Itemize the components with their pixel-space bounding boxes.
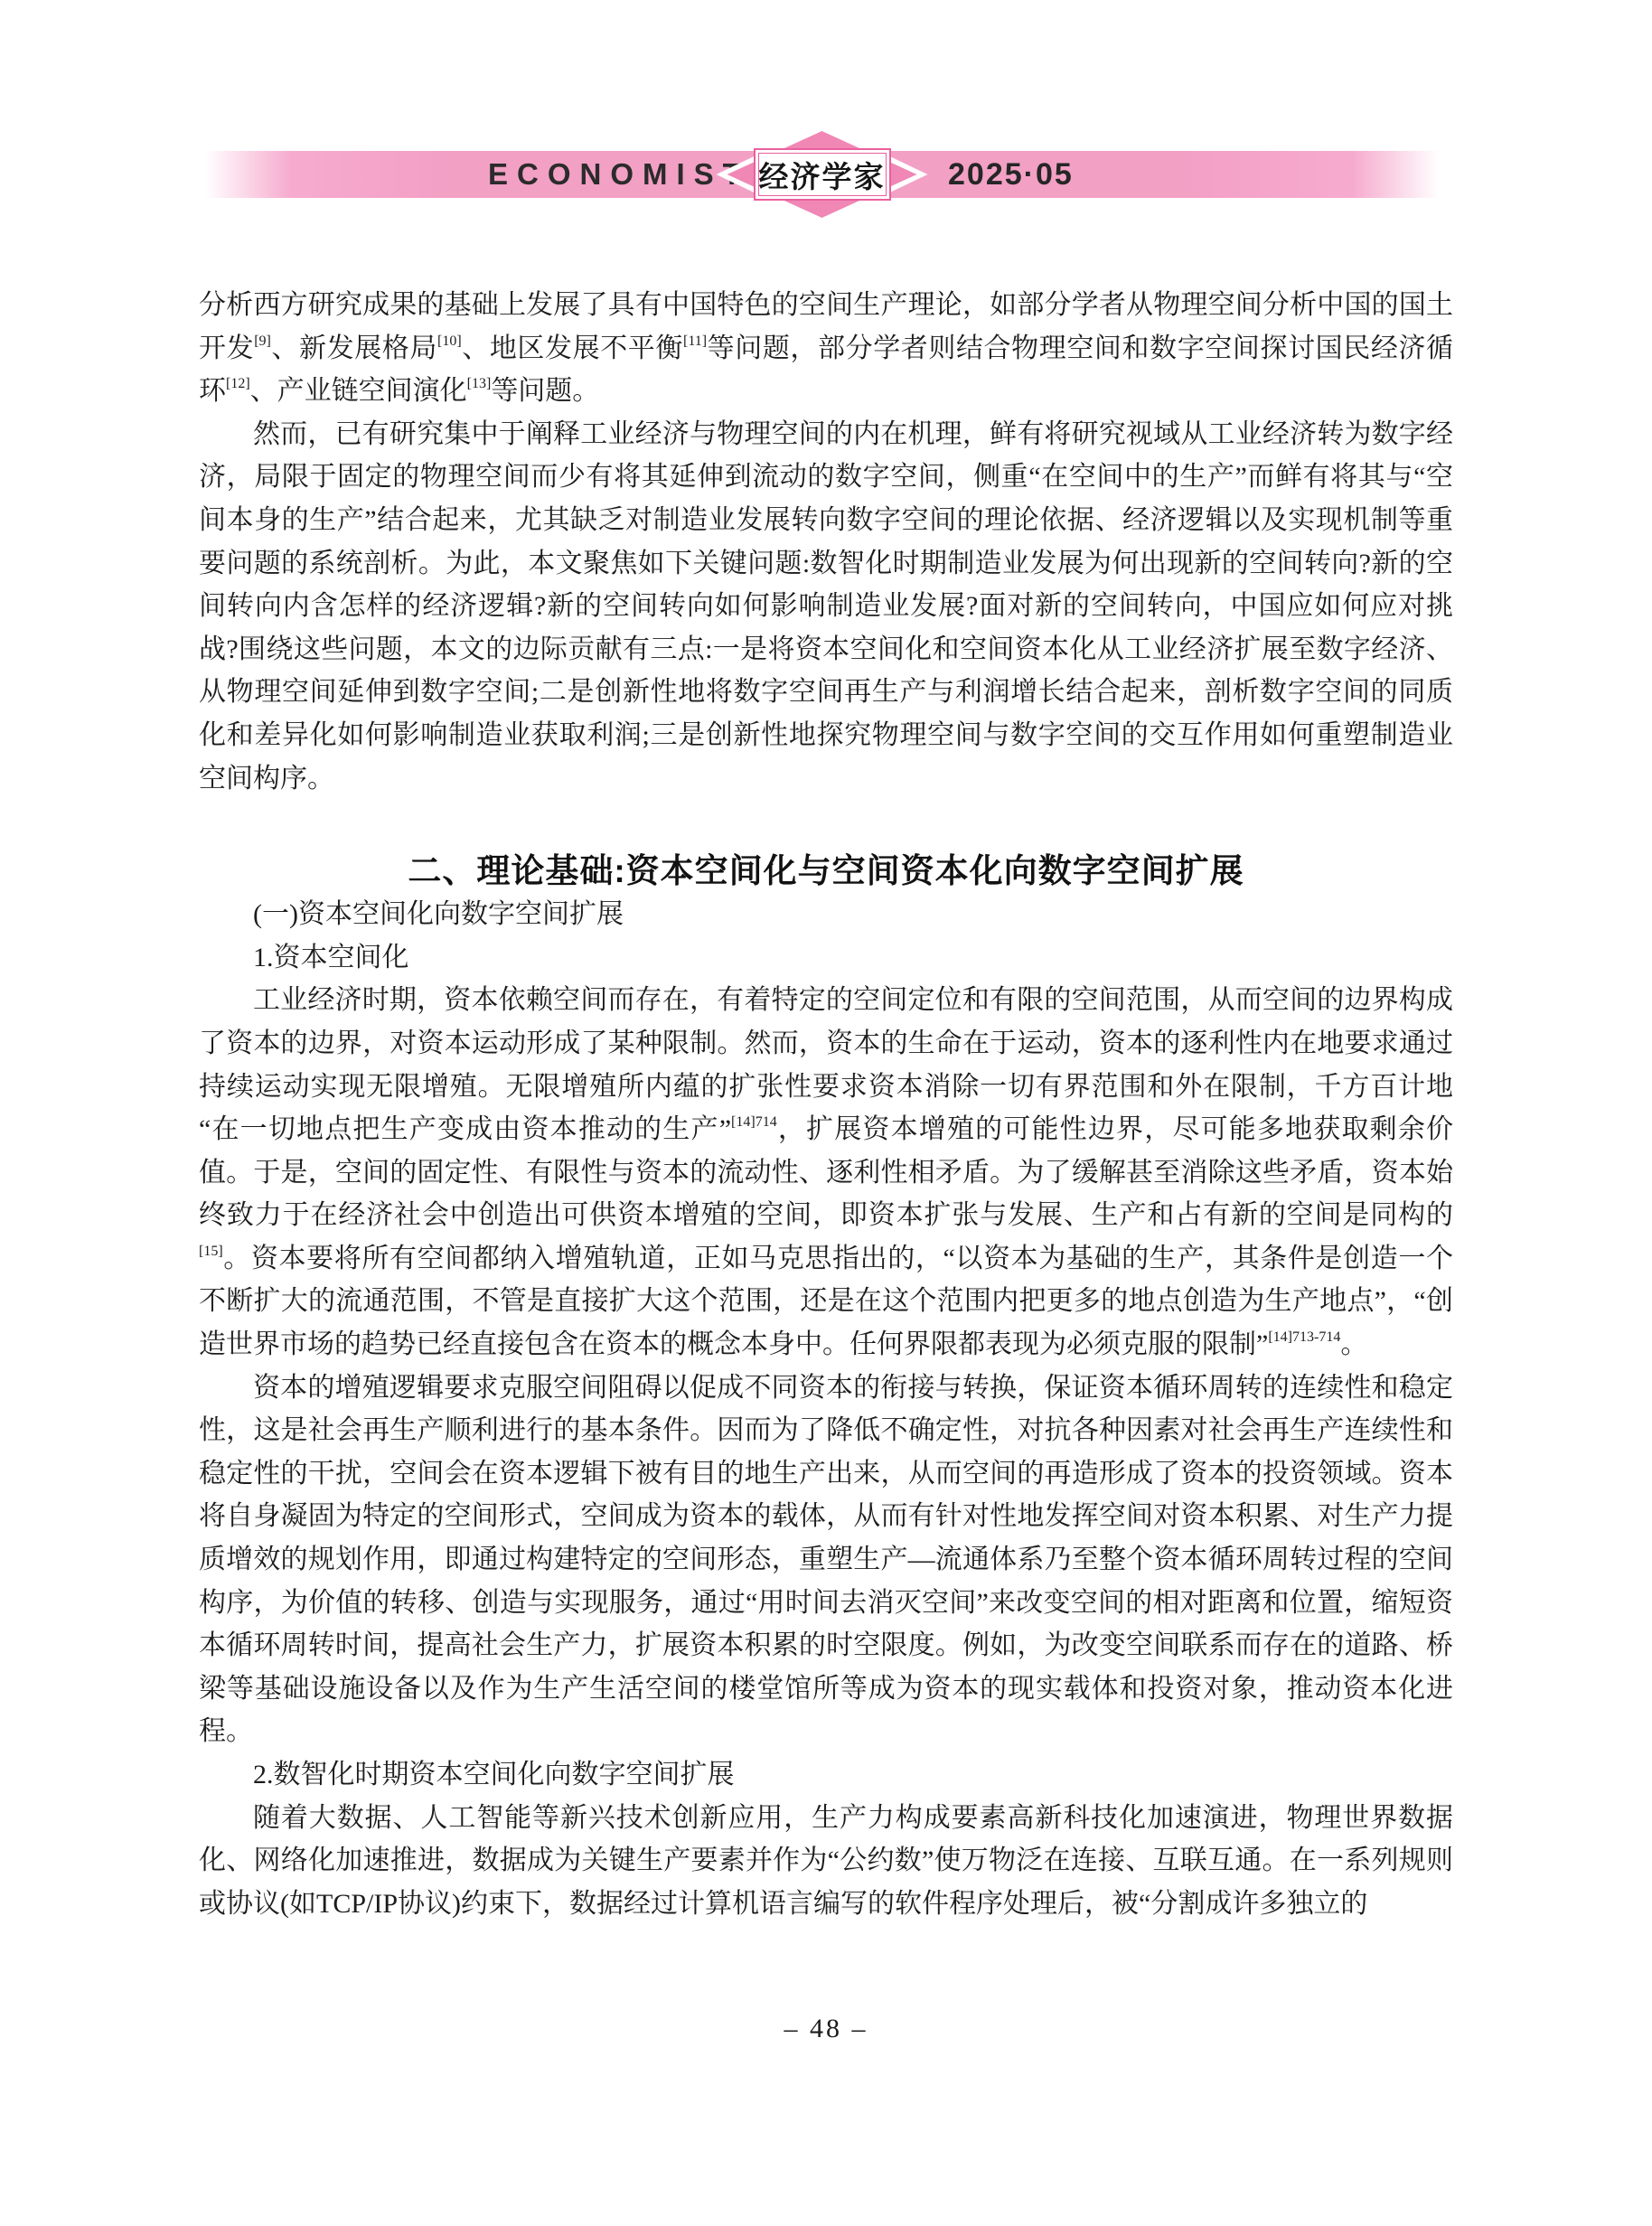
subsection-heading: 1.资本空间化 [199, 936, 1453, 980]
journal-title-cn: 经济学家 [759, 154, 886, 196]
journal-page: ECONOMIST 经济学家 2025·05 分析西方研究成果的基础上发展了具有… [0, 0, 1652, 2226]
citation-ref: [9] [254, 333, 271, 349]
paragraph: 随着大数据、人工智能等新兴技术创新应用，生产力构成要素高新科技化加速演进，物理世… [199, 1797, 1453, 1926]
article-body: 分析西方研究成果的基础上发展了具有中国特色的空间生产理论，如部分学者从物理空间分… [199, 284, 1453, 1925]
citation-ref: [11] [683, 333, 707, 349]
issue-number: 2025·05 [948, 151, 1074, 198]
citation-ref: [15] [199, 1244, 223, 1259]
citation-ref: [13] [467, 376, 492, 391]
subsection-heading: 2.数智化时期资本空间化向数字空间扩展 [199, 1753, 1453, 1797]
paragraph: 分析西方研究成果的基础上发展了具有中国特色的空间生产理论，如部分学者从物理空间分… [199, 284, 1453, 413]
paragraph: 工业经济时期，资本依赖空间而存在，有着特定的空间定位和有限的空间范围，从而空间的… [199, 979, 1453, 1366]
paragraph: 然而，已有研究集中于阐释工业经济与物理空间的内在机理，鲜有将研究视域从工业经济转… [199, 413, 1453, 800]
paragraph: 资本的增殖逻辑要求克服空间阻碍以促成不同资本的衔接与转换，保证资本循环周转的连续… [199, 1367, 1453, 1753]
section-heading: 二、理论基础:资本空间化与空间资本化向数字空间扩展 [199, 850, 1453, 893]
page-number: – 48 – [0, 2014, 1652, 2044]
citation-ref: [14]714 [731, 1114, 777, 1130]
header-banner: ECONOMIST 经济学家 2025·05 [205, 151, 1439, 198]
citation-ref: [12] [226, 376, 250, 391]
subsection-heading: (一)资本空间化向数字空间扩展 [199, 893, 1453, 936]
journal-logo-box: 经济学家 [754, 148, 891, 201]
journal-title-en: ECONOMIST [488, 151, 750, 198]
citation-ref: [10] [437, 333, 462, 349]
citation-ref: [14]713-714 [1268, 1329, 1340, 1345]
